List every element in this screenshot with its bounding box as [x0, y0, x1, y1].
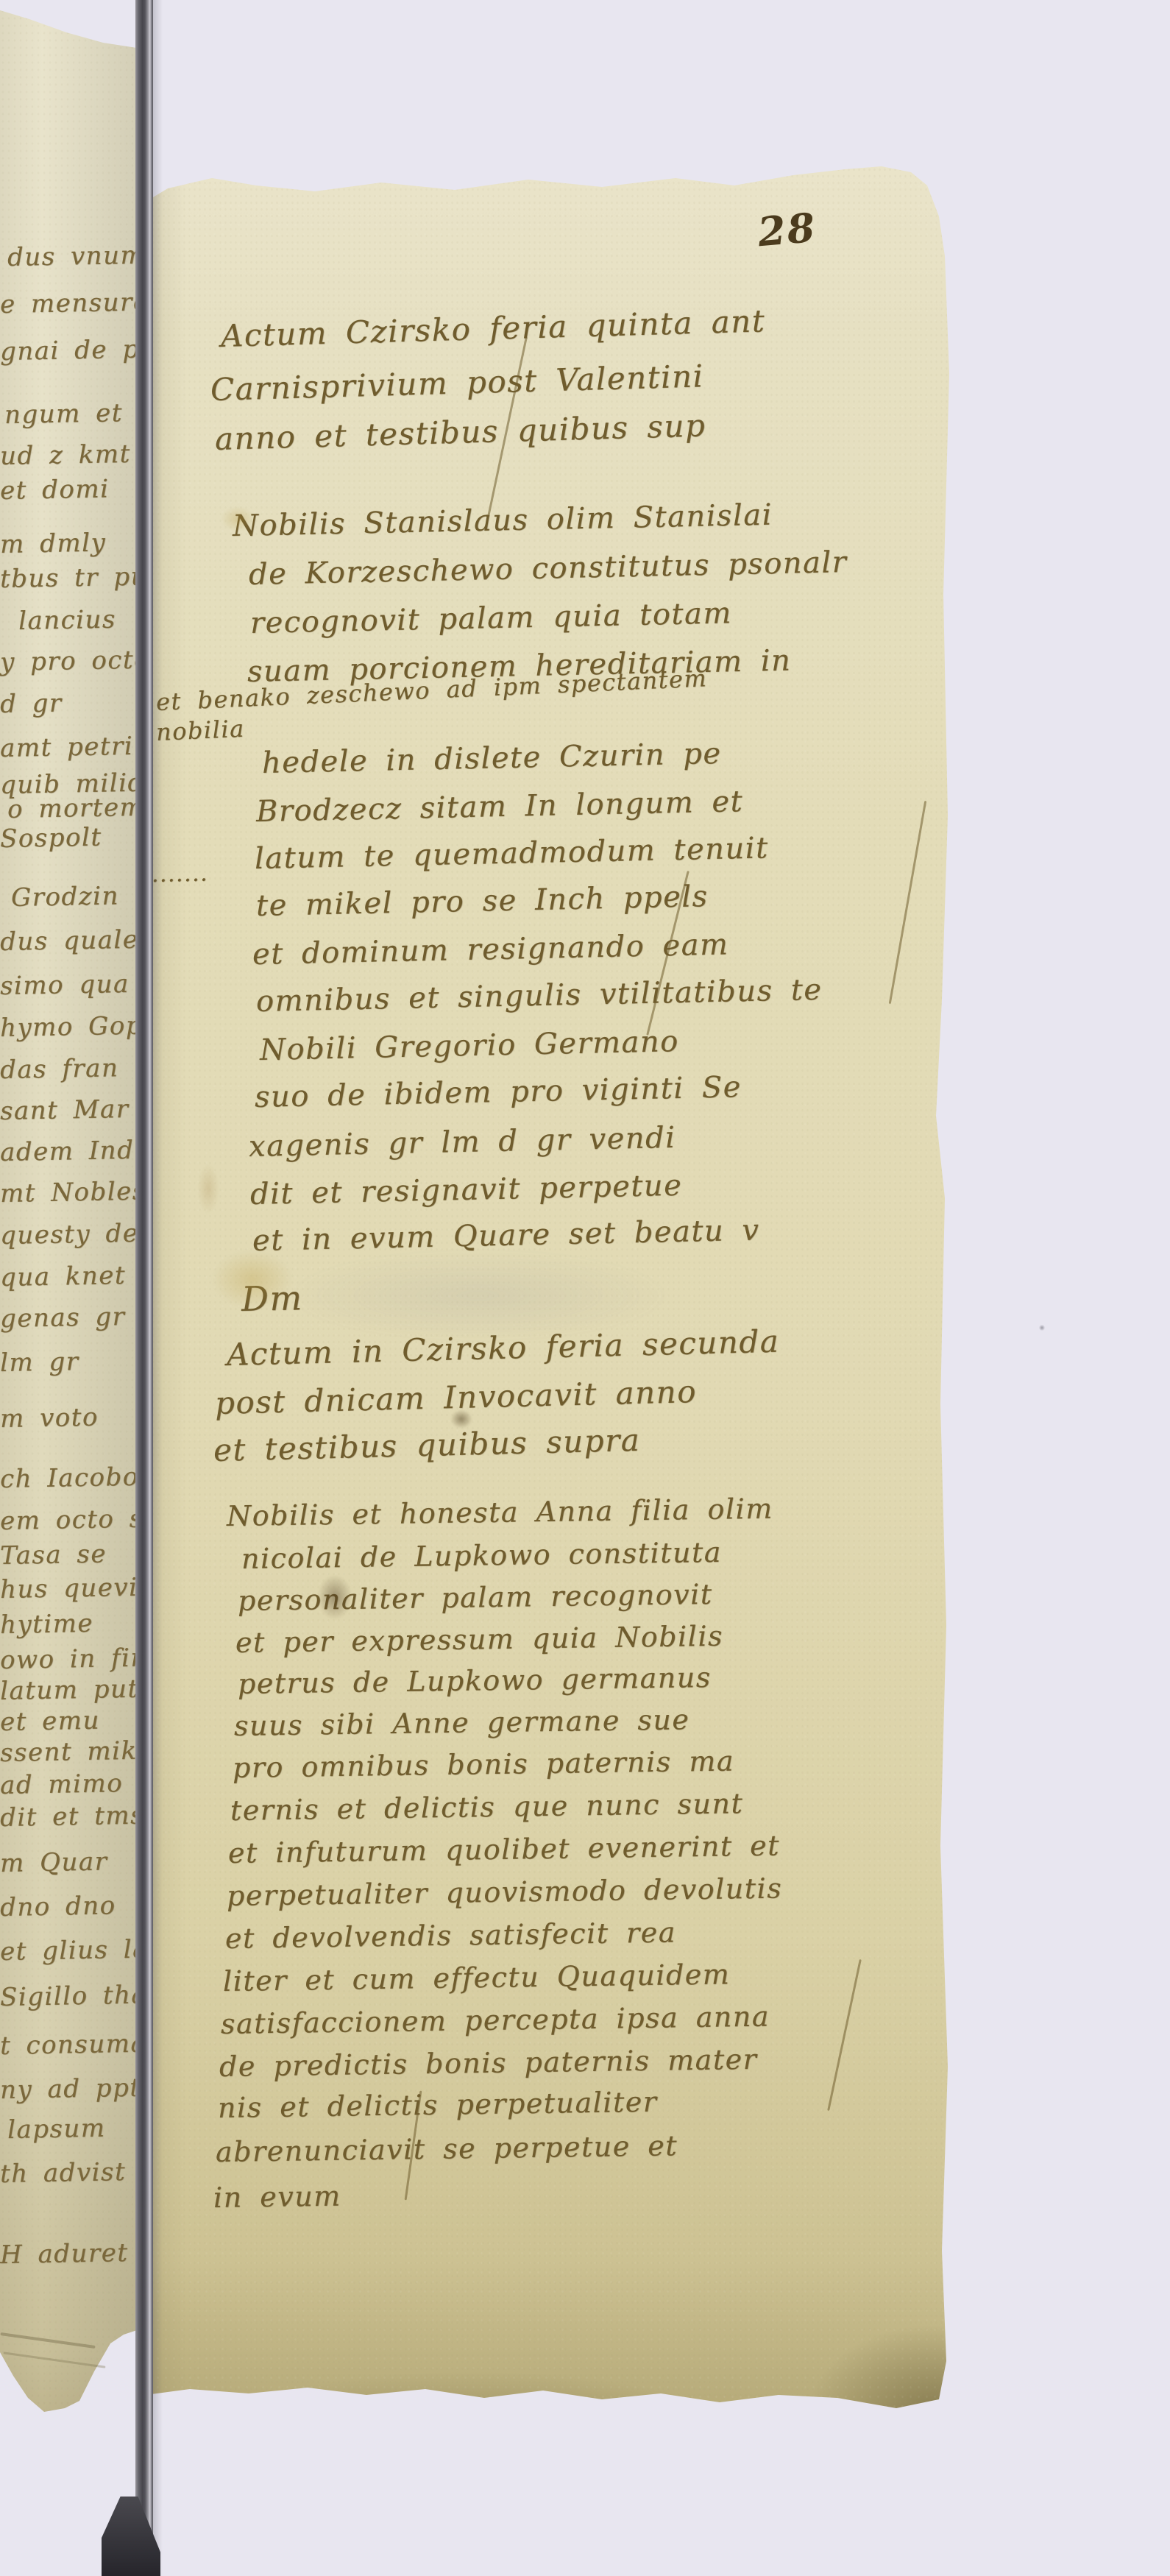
paper-stain	[221, 506, 255, 531]
entry-1-body-line: suo de ibidem pro viginti Se	[255, 1070, 742, 1114]
ink-blot	[450, 1409, 472, 1429]
entry-1-body-line: Nobili Gregorio Germano	[260, 1025, 680, 1067]
entry-1-dateline-line: anno et testibus quibus sup	[214, 407, 706, 457]
entry-2-body-line: abrenunciavit se perpetue et	[216, 2129, 678, 2168]
entry-2-body-line: nis et delictis perpetualiter	[218, 2086, 658, 2124]
entry-2-body-line: in evum	[213, 2180, 341, 2214]
entry-2-body-line: de predictis bonis paternis mater	[219, 2043, 758, 2083]
entry-1-body-line: hedele in dislete Czurin pe	[262, 737, 722, 780]
entry-2-body-line: nicolai de Lupkowo constituta	[241, 1536, 722, 1575]
entry-1-body-line: de Korzeschewo constitutus psonalr	[249, 545, 848, 592]
entry-1-dateline-line: Carnisprivium post Valentini	[210, 358, 704, 408]
dust-speck	[1039, 1325, 1045, 1331]
entry-2-body-line: pro omnibus bonis paternis ma	[233, 1744, 735, 1784]
entry-1-dateline-line: Actum Czirsko feria quinta ant	[220, 302, 765, 354]
entry-1-body-line: omnibus et singulis vtilitatibus te	[256, 973, 823, 1019]
entry-1-body-line: et dominum resignando eam	[252, 927, 729, 972]
entry-1-body-line: te mikel pro se Inch ppels	[256, 880, 709, 923]
entry-2-body-line: et infuturum quolibet evenerint et	[228, 1830, 780, 1869]
graphite-smudge	[287, 1251, 670, 1340]
book-cradle-rod	[135, 0, 153, 2576]
entry-2-body-line: personaliter palam recognovit	[238, 1578, 713, 1617]
entry-2-body-line: suus sibi Anne germane sue	[234, 1703, 690, 1742]
entry-2-body-line: petrus de Lupkowo germanus	[238, 1661, 712, 1700]
paper-stain	[212, 1250, 293, 1309]
entry-2-body-line: liter et cum effectu Quaquidem	[223, 1958, 731, 1998]
entry-2-dateline-line: et testibus quibus supra	[213, 1422, 640, 1468]
entry-2-body-line: perpetualiter quovismodo devolutis	[227, 1872, 783, 1912]
entry-1-body-line: Brodzecz sitam In longum et	[256, 785, 744, 829]
ink-blot	[318, 1575, 352, 1619]
entry-1-body-line: dit et resignavit perpetue	[250, 1169, 683, 1211]
entry-2-body-line: Nobilis et honesta Anna filia olim	[227, 1493, 773, 1532]
entry-2-body-line: et per expressum quia Nobilis	[235, 1620, 724, 1659]
entry-1-margin-note-line: nobilia	[155, 715, 245, 746]
entry-2-body-line: ternis et delictis que nunc sunt	[230, 1787, 744, 1827]
entry-2-body-line: satisfaccionem percepta ipsa anna	[221, 2000, 770, 2040]
entry-1-body-line: latum te quemadmodum tenuit	[255, 831, 769, 876]
entry-1-body-line: Nobilis Stanislaus olim Stanislai	[233, 498, 773, 543]
entry-1-body-line: recognovit palam quia totam	[250, 596, 733, 640]
entry-1-body-line: xagenis gr lm d gr vendi	[249, 1121, 676, 1164]
manuscript-scan: dus vnume mensuregnai de postngum etud z…	[0, 0, 1170, 2576]
foxing-spot	[197, 1163, 219, 1214]
entry-2-body-line: et devolvendis satisfecit rea	[225, 1916, 676, 1955]
